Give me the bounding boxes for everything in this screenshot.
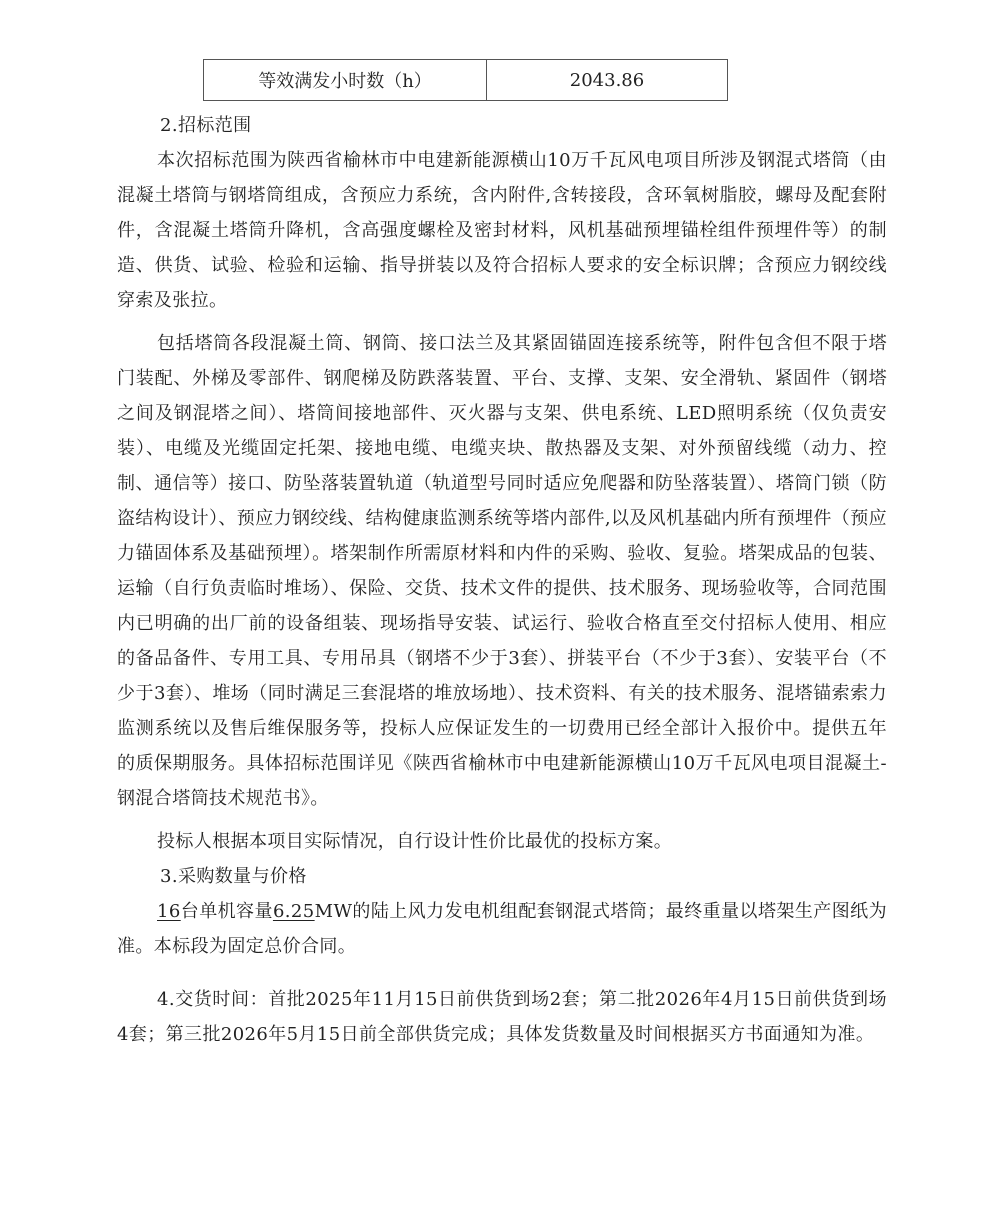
table-cell-value: 2043.86	[487, 60, 728, 101]
table-row: 等效满发小时数（h） 2043.86	[204, 60, 728, 101]
scope-paragraph-2: 包括塔筒各段混凝土筒、钢筒、接口法兰及其紧固锚固连接系统等，附件包含但不限于塔门…	[117, 326, 887, 816]
section-heading-quantity: 3.采购数量与价格	[117, 859, 887, 894]
delivery-paragraph: 4.交货时间：首批2025年11月15日前供货到场2套；第二批2026年4月15…	[117, 982, 887, 1052]
parameter-table: 等效满发小时数（h） 2043.86	[203, 59, 728, 101]
document-body: 2.招标范围 本次招标范围为陕西省榆林市中电建新能源横山10万千瓦风电项目所涉及…	[117, 108, 887, 1052]
scope-paragraph-3: 投标人根据本项目实际情况，自行设计性价比最优的投标方案。	[117, 824, 887, 859]
table-cell-label: 等效满发小时数（h）	[204, 60, 487, 101]
quantity-value: 16	[157, 901, 181, 922]
scope-paragraph-1: 本次招标范围为陕西省榆林市中电建新能源横山10万千瓦风电项目所涉及钢混式塔筒（由…	[117, 143, 887, 318]
quantity-paragraph: 16台单机容量6.25MW的陆上风力发电机组配套钢混式塔筒；最终重量以塔架生产图…	[117, 894, 887, 964]
capacity-value: 6.25	[273, 901, 315, 922]
section-heading-scope: 2.招标范围	[117, 108, 887, 143]
quantity-suffix: 台单机容量	[181, 901, 273, 922]
document-page: 等效满发小时数（h） 2043.86 2.招标范围 本次招标范围为陕西省榆林市中…	[0, 0, 1000, 1214]
